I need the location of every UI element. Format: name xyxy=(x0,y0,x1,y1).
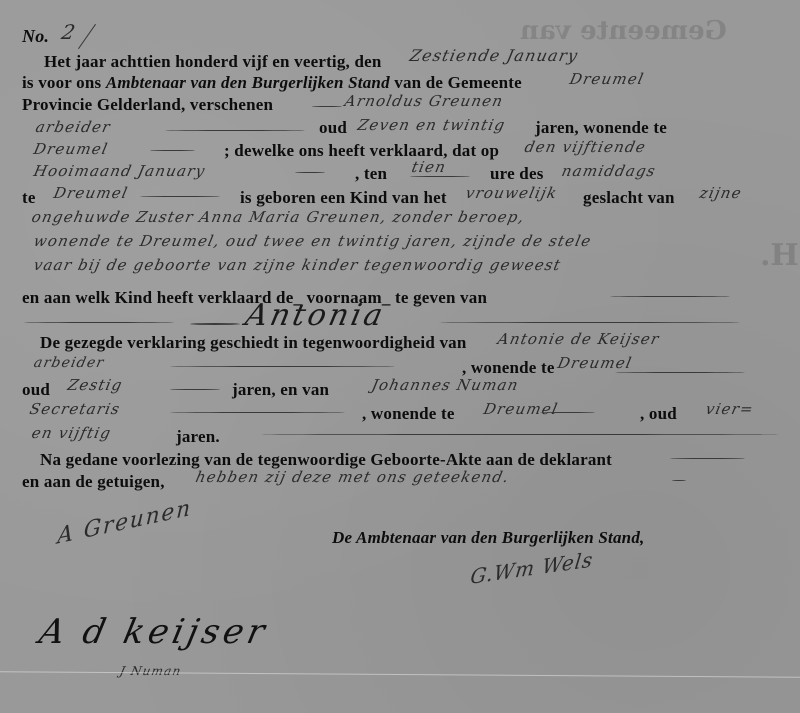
fill-line xyxy=(165,130,305,131)
fill-line xyxy=(540,412,595,413)
fill-line xyxy=(610,296,730,297)
printed-line-4-jaren: jaren, wonende te xyxy=(535,118,667,138)
printed-line-5: ; dewelke ons heeft verklaard, dat op xyxy=(224,141,499,161)
hw-witness1-occupation: arbeider xyxy=(32,355,106,371)
printed-line-13: jaren. xyxy=(176,427,220,447)
hw-witness2-occupation: Secretaris xyxy=(28,400,122,418)
signature-witness1: A d keijser xyxy=(36,612,272,652)
fill-line xyxy=(170,389,220,390)
fill-line xyxy=(312,106,342,107)
printed-line-10: , wonende te xyxy=(462,358,555,378)
fill-line xyxy=(150,150,195,151)
printed-line-6-ten: , ten xyxy=(355,164,387,184)
printed-line-6-ure: ure des xyxy=(490,164,544,184)
hw-birth-time-of-day: namiddags xyxy=(560,162,658,180)
hw-birth-place: Dreumel xyxy=(52,184,130,202)
hw-birth-day: den vijftiende xyxy=(523,138,648,156)
printed-line-9: De gezegde verklaring geschiedt in tegen… xyxy=(40,333,467,353)
hw-declarant-age: Zeven en twintig xyxy=(356,116,507,134)
hw-mother-line-3: wonende te Dreumel, oud twee en twintig … xyxy=(32,232,593,250)
hw-witness1-age: Zestig xyxy=(66,376,124,394)
fill-line xyxy=(295,172,325,173)
printed-line-7-end: geslacht van xyxy=(583,188,675,208)
printed-line-2: is voor ons Ambtenaar van den Burgerlijk… xyxy=(22,73,522,93)
printed-line-2-italic: Ambtenaar van den Burgerlijken Stand xyxy=(106,73,390,92)
hw-child-sex: vrouwelijk xyxy=(464,184,559,202)
printed-line-4-oud: oud xyxy=(319,118,347,138)
fill-line xyxy=(615,372,745,373)
fill-line xyxy=(672,480,686,481)
printed-line-7-te: te xyxy=(22,188,36,208)
hw-witness1-residence: Dreumel xyxy=(556,354,634,372)
printed-line-2-post: van de Gemeente xyxy=(394,73,522,92)
fill-line xyxy=(170,366,395,367)
hw-date-day: Zestiende January xyxy=(408,46,580,65)
fill-line xyxy=(440,322,740,323)
signature-witness2: J Numan xyxy=(119,664,183,678)
record-number-label: No. xyxy=(22,26,49,47)
fill-line xyxy=(140,196,220,197)
printed-line-11-mid: jaren, en van xyxy=(232,380,329,400)
printed-line-15: en aan de getuigen, xyxy=(22,472,165,492)
hw-birth-hour: tien xyxy=(410,158,448,176)
printed-line-2-pre: is voor ons xyxy=(22,73,101,92)
hw-witness1-name: Antonie de Keijser xyxy=(496,330,661,348)
hw-mother-line-4: vaar bij de geboorte van zijne kinder te… xyxy=(32,256,563,274)
fill-line xyxy=(260,434,780,435)
fill-line xyxy=(410,176,470,177)
printed-line-14: Na gedane voorlezing van de tegenwoordig… xyxy=(40,450,612,470)
printed-line-12-wonende: , wonende te xyxy=(362,404,455,424)
printed-line-3: Provincie Gelderland, verschenen xyxy=(22,95,273,115)
hw-municipality: Dreumel xyxy=(568,70,646,88)
hw-witness2-age-1: vier= xyxy=(704,400,756,418)
ghost-stamp-text: Gemeente van xyxy=(520,16,727,46)
printed-line-11-oud: oud xyxy=(22,380,50,400)
official-title: De Ambtenaar van den Burgerlijken Stand, xyxy=(332,528,644,548)
hw-child-name: Antonia xyxy=(242,298,388,333)
fill-line xyxy=(670,458,745,459)
hw-witness2-age-2: en vijftig xyxy=(30,424,113,442)
printed-line-1: Het jaar achttien honderd vijf en veerti… xyxy=(44,52,382,72)
printed-line-7-mid: is geboren een Kind van het xyxy=(240,188,447,208)
hw-mother-line-1: zijne xyxy=(698,184,744,202)
fill-line xyxy=(170,412,345,413)
hw-birth-month: Hooimaand January xyxy=(32,162,207,180)
fill-line xyxy=(24,322,174,323)
hw-mother-line-2: ongehuwde Zuster Anna Maria Greunen, zon… xyxy=(30,208,526,226)
hw-witness2-residence: Dreumel xyxy=(482,400,560,418)
hw-declarant-name: Arnoldus Greunen xyxy=(343,92,505,110)
hw-declarant-occupation: arbeider xyxy=(34,118,112,136)
hw-closing: hebben zij deze met ons geteekend. xyxy=(194,468,511,486)
hw-declarant-residence: Dreumel xyxy=(32,140,110,158)
ghost-stamp-letter: H. xyxy=(760,238,799,273)
fill-line xyxy=(190,323,240,325)
printed-line-12-oud: , oud xyxy=(640,404,677,424)
hw-witness2-name: Johannes Numan xyxy=(370,376,521,394)
